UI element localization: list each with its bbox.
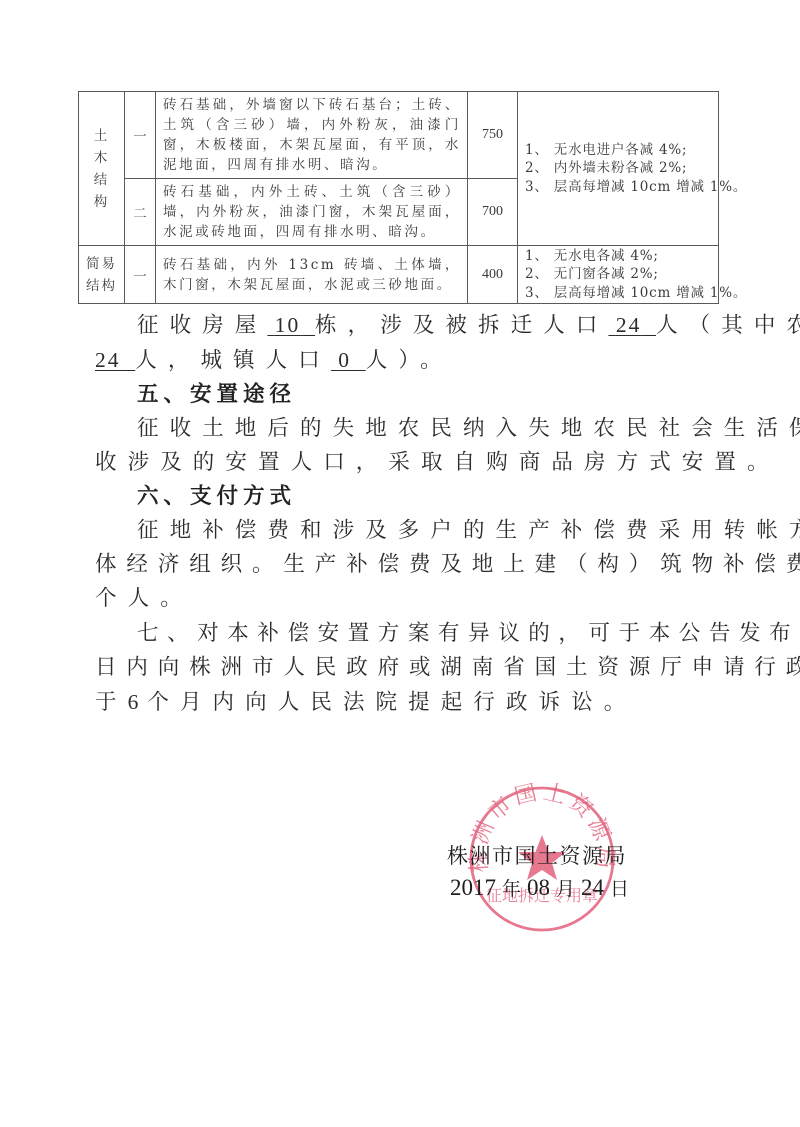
urban-population-count: 0 — [331, 348, 366, 372]
date-year-label: 年 — [502, 878, 521, 900]
paragraph-line: 日内向株洲市人民政府或湖南省国土资源厅申请行政复议，也可 — [95, 651, 695, 685]
structure-type-char: 土 — [79, 125, 124, 147]
date-day-label: 日 — [610, 878, 629, 900]
appeal-text: 个月内向人民法院提起行政诉讼。 — [147, 690, 636, 715]
paragraph-line: 七、对本补偿安置方案有异议的，可于本公告发布之日起60 — [95, 616, 695, 651]
summary-text: 人）。 — [366, 348, 453, 373]
description-cell: 砖石基础，内外土砖、土筑（含三砂）墙，内外粉灰，油漆门窗，木架瓦屋面，水泥或砖地… — [156, 179, 468, 246]
section-heading-resettlement: 五、安置途径 — [95, 378, 695, 412]
adjustments-cell: 1、 无水电进户各减 4%; 2、 内外墙未粉各减 2%; 3、 层高每增减 1… — [518, 92, 719, 246]
document-body: 征收房屋 10 栋，涉及被拆迁人口 24 人（其中农业人口 24 人，城镇人口 … — [95, 308, 695, 720]
structure-type-char: 木 — [79, 147, 124, 169]
adjustment-item: 1、 无水电进户各减 4%; — [525, 141, 714, 160]
structure-type-cell: 简易 结构 — [79, 246, 125, 304]
adjustment-item: 2、 无门窗各减 2%; — [525, 265, 714, 284]
paragraph-line: 征收土地后的失地农民纳入失地农民社会生活保障。房屋征 — [95, 412, 695, 446]
section-heading-payment: 六、支付方式 — [95, 480, 695, 514]
date-month: 08 — [527, 875, 550, 900]
summary-text: 人（其中农业人口 — [656, 313, 800, 338]
table-row: 土 木 结 构 一 砖石基础，外墙窗以下砖石基台；土砖、土筑（含三砂）墙，内外粉… — [79, 92, 719, 179]
date-year: 2017 — [450, 875, 496, 900]
description-cell: 砖石基础，内外 13cm 砖墙、土体墙，木门窗，木架瓦屋面，水泥或三砂地面。 — [156, 246, 468, 304]
grade-cell: 一 — [125, 92, 156, 179]
table-row: 简易 结构 一 砖石基础，内外 13cm 砖墙、土体墙，木门窗，木架瓦屋面，水泥… — [79, 246, 719, 304]
appeal-text: 七、对本补偿安置方案有异议的，可于本公告发布之日起 — [137, 621, 800, 646]
grade-cell: 二 — [125, 179, 156, 246]
date-month-label: 月 — [556, 878, 575, 900]
adjustment-item: 3、 层高每增减 10cm 增减 1%。 — [525, 284, 714, 303]
paragraph-line: 个人。 — [95, 582, 695, 616]
summary-text: 人，城镇人口 — [135, 348, 331, 373]
structure-type-char: 结 — [79, 169, 124, 191]
appeal-text: 于 — [95, 690, 128, 715]
population-count: 24 — [608, 313, 656, 337]
agricultural-population-count: 24 — [95, 348, 135, 372]
adjustment-item: 1、 无水电各减 4%; — [525, 247, 714, 266]
compensation-standard-table: 土 木 结 构 一 砖石基础，外墙窗以下砖石基台；土砖、土筑（含三砂）墙，内外粉… — [78, 91, 719, 304]
price-cell: 750 — [468, 92, 518, 179]
summary-text: 征收房屋 — [137, 313, 267, 338]
adjustment-item: 3、 层高每增减 10cm 增减 1%。 — [525, 178, 714, 197]
paragraph-line: 征地补偿费和涉及多户的生产补偿费采用转帐方式付给集 — [95, 514, 695, 548]
paragraph-line: 体经济组织。生产补偿费及地上建（构）筑物补偿费直接支付给 — [95, 548, 695, 582]
issue-date: 2017年08月24日 — [450, 874, 635, 901]
summary-text: 栋，涉及被拆迁人口 — [315, 313, 608, 338]
structure-type-line: 结构 — [79, 275, 124, 297]
description-cell: 砖石基础，外墙窗以下砖石基台；土砖、土筑（含三砂）墙，内外粉灰，油漆门窗，木板楼… — [156, 92, 468, 179]
summary-paragraph-line: 24 人，城镇人口 0 人）。 — [95, 343, 695, 378]
date-day: 24 — [581, 875, 604, 900]
adjustments-cell: 1、 无水电各减 4%; 2、 无门窗各减 2%; 3、 层高每增减 10cm … — [518, 246, 719, 304]
structure-type-line: 简易 — [79, 253, 124, 275]
structure-type-cell: 土 木 结 构 — [79, 92, 125, 246]
price-cell: 400 — [468, 246, 518, 304]
document-page: 土 木 结 构 一 砖石基础，外墙窗以下砖石基台；土砖、土筑（含三砂）墙，内外粉… — [0, 0, 800, 1127]
paragraph-line: 收涉及的安置人口，采取自购商品房方式安置。 — [95, 446, 695, 480]
price-cell: 700 — [468, 179, 518, 246]
summary-paragraph-line: 征收房屋 10 栋，涉及被拆迁人口 24 人（其中农业人口 — [95, 308, 695, 343]
issuing-organization: 株洲市国土资源局 — [447, 840, 627, 870]
grade-cell: 一 — [125, 246, 156, 304]
structure-type-char: 构 — [79, 191, 124, 213]
houses-count: 10 — [267, 313, 315, 337]
paragraph-line: 于6个月内向人民法院提起行政诉讼。 — [95, 685, 695, 720]
appeal-months: 6 — [128, 690, 140, 714]
adjustment-item: 2、 内外墙未粉各减 2%; — [525, 159, 714, 178]
